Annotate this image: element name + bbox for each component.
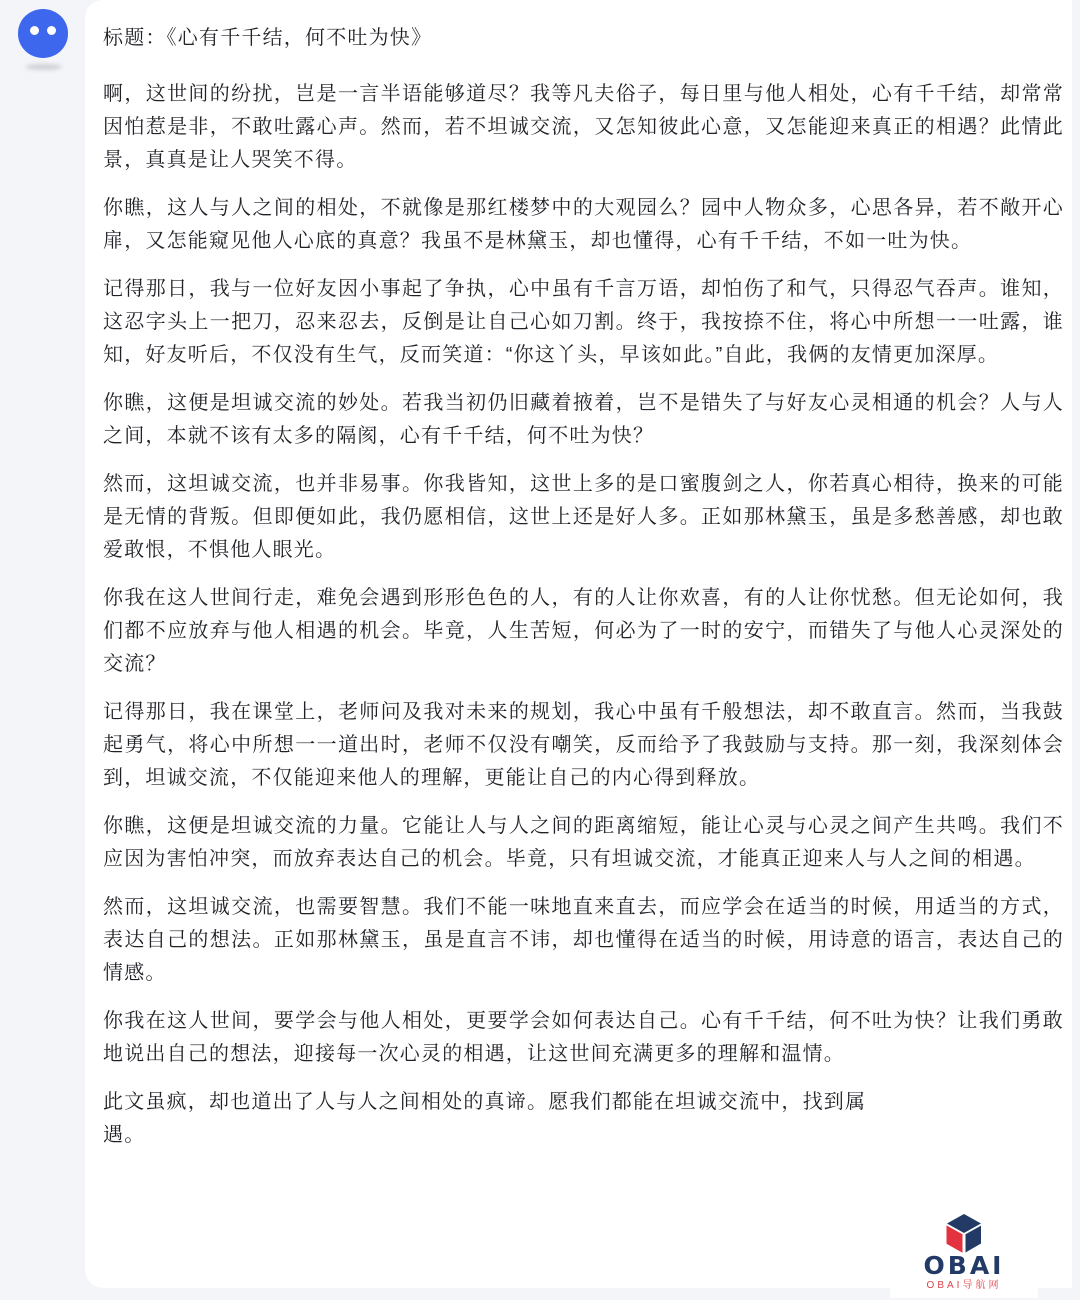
paragraph: 记得那日，我在课堂上，老师问及我对未来的规划，我心中虽有千般想法，却不敢直言。然… [103, 696, 1064, 795]
paragraph: 你瞧，这人与人之间的相处，不就像是那红楼梦中的大观园么？园中人物众多，心思各异，… [103, 192, 1064, 258]
watermark-subtitle-text: OBAI导航网 [927, 1280, 1002, 1292]
paragraph: 你瞧，这便是坦诚交流的力量。它能让人与人之间的距离缩短，能让心灵与心灵之间产生共… [103, 810, 1064, 876]
paragraph: 然而，这坦诚交流，也需要智慧。我们不能一味地直来直去，而应学会在适当的时候，用适… [103, 891, 1064, 990]
avatar-shadow [25, 64, 62, 70]
paragraph: 你瞧，这便是坦诚交流的妙处。若我当初仍旧藏着掖着，岂不是错失了与好友心灵相通的机… [103, 387, 1064, 453]
assistant-avatar [0, 0, 85, 90]
message-title: 标题：《心有千千结，何不吐为快》 [103, 22, 1064, 55]
paragraph: 然而，这坦诚交流，也并非易事。你我皆知，这世上多的是口蜜腹剑之人，你若真心相待，… [103, 468, 1064, 567]
paragraph: 啊，这世间的纷扰，岂是一言半语能够道尽？我等凡夫俗子，每日里与他人相处，心有千千… [103, 78, 1064, 177]
robot-eye-right [47, 26, 56, 35]
obai-watermark: OBAI OBAI导航网 [890, 1202, 1038, 1298]
message-paragraphs: 啊，这世间的纷扰，岂是一言半语能够道尽？我等凡夫俗子，每日里与他人相处，心有千千… [103, 78, 1064, 1152]
robot-face-icon [18, 9, 68, 58]
paragraph: 你我在这人世间，要学会与他人相处，更要学会如何表达自己。心有千千结，何不吐为快？… [103, 1005, 1064, 1071]
paragraph: 记得那日，我与一位好友因小事起了争执，心中虽有千言万语，却怕伤了和气，只得忍气吞… [103, 273, 1064, 372]
cube-logo-icon [944, 1213, 984, 1253]
watermark-brand-text: OBAI [924, 1252, 1005, 1279]
robot-eye-left [30, 26, 39, 35]
assistant-message-bubble: 标题：《心有千千结，何不吐为快》 啊，这世间的纷扰，岂是一言半语能够道尽？我等凡… [85, 0, 1072, 1288]
paragraph: 你我在这人世间行走，难免会遇到形形色色的人，有的人让你欢喜，有的人让你忧愁。但无… [103, 582, 1064, 681]
chat-page: 标题：《心有千千结，何不吐为快》 啊，这世间的纷扰，岂是一言半语能够道尽？我等凡… [0, 0, 1080, 1300]
paragraph: 此文虽疯，却也道出了人与人之间相处的真谛。愿我们都能在坦诚交流中，找到属 遇。 [103, 1086, 1064, 1152]
